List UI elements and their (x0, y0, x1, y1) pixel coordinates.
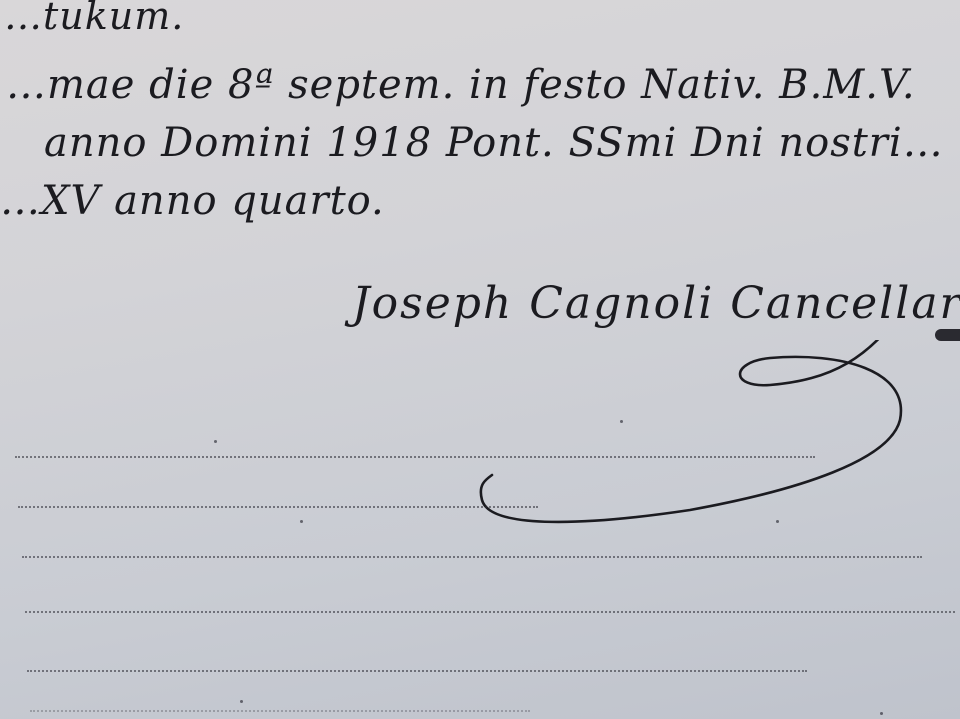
text-line-2: …mae die 8ª septem. in festo Nativ. B.M.… (6, 62, 916, 108)
ruled-line (22, 556, 922, 558)
ink-speck (300, 520, 303, 523)
ink-speck (240, 700, 243, 703)
document-page: …tukum. …mae die 8ª septem. in festo Nat… (0, 0, 960, 719)
ruled-line (18, 506, 538, 508)
ink-speck (620, 420, 623, 423)
ruled-line (15, 456, 815, 458)
text-line-1: …tukum. (4, 0, 184, 38)
ruled-line (27, 670, 807, 672)
text-line-3: anno Domini 1918 Pont. SSmi Dni nostri… (44, 120, 944, 166)
text-line-4: …XV anno quarto. (0, 178, 385, 224)
ruled-line (30, 710, 530, 712)
ink-speck (776, 520, 779, 523)
signature-flourish (470, 340, 920, 530)
ink-speck (214, 440, 217, 443)
ink-smudge (935, 329, 960, 341)
ink-speck (880, 712, 883, 715)
ruled-line (25, 611, 955, 613)
signature: Joseph Cagnoli Cancellarius (352, 278, 960, 329)
